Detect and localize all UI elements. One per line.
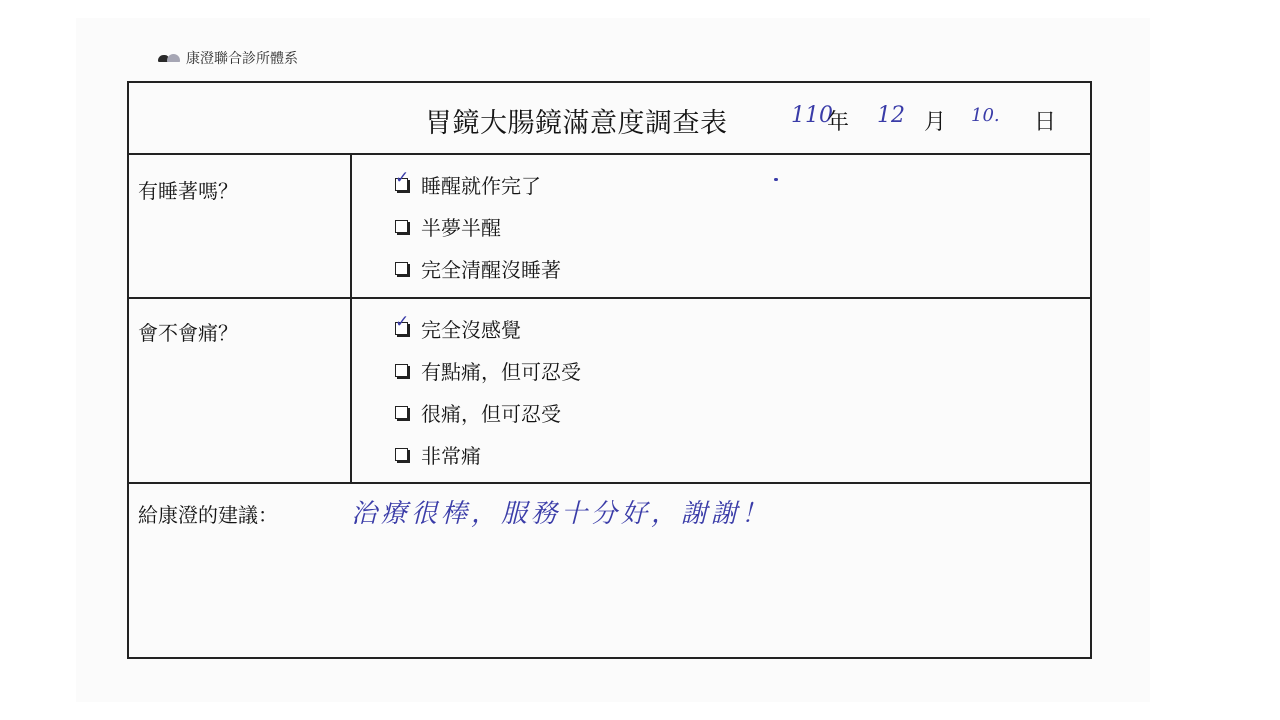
option-pain-1[interactable]: ✓ 完全沒感覺 <box>395 307 581 349</box>
checkbox-unchecked[interactable] <box>395 220 408 233</box>
option-label: 非常痛 <box>421 440 481 469</box>
date-day-value: 10. <box>971 105 1000 126</box>
option-sleep-2[interactable]: 半夢半醒 <box>395 205 561 247</box>
divider <box>129 482 1090 484</box>
option-pain-2[interactable]: 有點痛，但可忍受 <box>395 349 581 391</box>
checkbox-checked[interactable]: ✓ <box>395 178 408 191</box>
checkbox-unchecked[interactable] <box>395 406 408 419</box>
checkbox-unchecked[interactable] <box>395 448 408 461</box>
divider <box>129 153 1090 155</box>
option-label: 完全沒感覺 <box>421 314 521 343</box>
checkbox-checked[interactable]: ✓ <box>395 322 408 335</box>
clinic-logo-icon <box>158 53 180 63</box>
brand-header: 康澄聯合診所體系 <box>158 48 298 68</box>
form-title: 胃鏡大腸鏡滿意度調查表 <box>425 101 728 140</box>
ink-dot <box>774 178 778 181</box>
question-sleep-options: ✓ 睡醒就作完了 半夢半醒 完全清醒沒睡著 <box>395 163 561 289</box>
option-label: 有點痛，但可忍受 <box>421 356 581 385</box>
suggestion-handwritten-text[interactable]: 治療很棒，服務十分好，謝謝！ <box>351 493 771 530</box>
option-label: 完全清醒沒睡著 <box>421 254 561 283</box>
option-pain-3[interactable]: 很痛，但可忍受 <box>395 391 581 433</box>
date-day-label: 日 <box>1034 105 1056 136</box>
survey-form-table: 胃鏡大腸鏡滿意度調查表 110 年 12 月 10. 日 有睡著嗎？ ✓ 睡醒就… <box>127 81 1092 659</box>
question-sleep-label: 有睡著嗎？ <box>138 175 238 204</box>
date-month-value: 12 <box>877 103 905 128</box>
option-sleep-1[interactable]: ✓ 睡醒就作完了 <box>395 163 561 205</box>
question-pain-label: 會不會痛？ <box>138 317 238 346</box>
question-pain-options: ✓ 完全沒感覺 有點痛，但可忍受 很痛，但可忍受 非常痛 <box>395 307 581 475</box>
checkbox-unchecked[interactable] <box>395 364 408 377</box>
checkbox-unchecked[interactable] <box>395 262 408 275</box>
option-label: 睡醒就作完了 <box>421 170 541 199</box>
option-sleep-3[interactable]: 完全清醒沒睡著 <box>395 247 561 289</box>
divider <box>129 297 1090 299</box>
date-month-label: 月 <box>924 105 946 136</box>
option-label: 半夢半醒 <box>421 212 501 241</box>
option-pain-4[interactable]: 非常痛 <box>395 433 581 475</box>
brand-name: 康澄聯合診所體系 <box>186 48 298 68</box>
date-year-label: 年 <box>827 105 849 136</box>
check-mark-icon: ✓ <box>395 170 409 187</box>
column-divider <box>350 153 352 483</box>
check-mark-icon: ✓ <box>395 314 409 331</box>
suggestion-label: 給康澄的建議： <box>138 499 278 528</box>
option-label: 很痛，但可忍受 <box>421 398 561 427</box>
